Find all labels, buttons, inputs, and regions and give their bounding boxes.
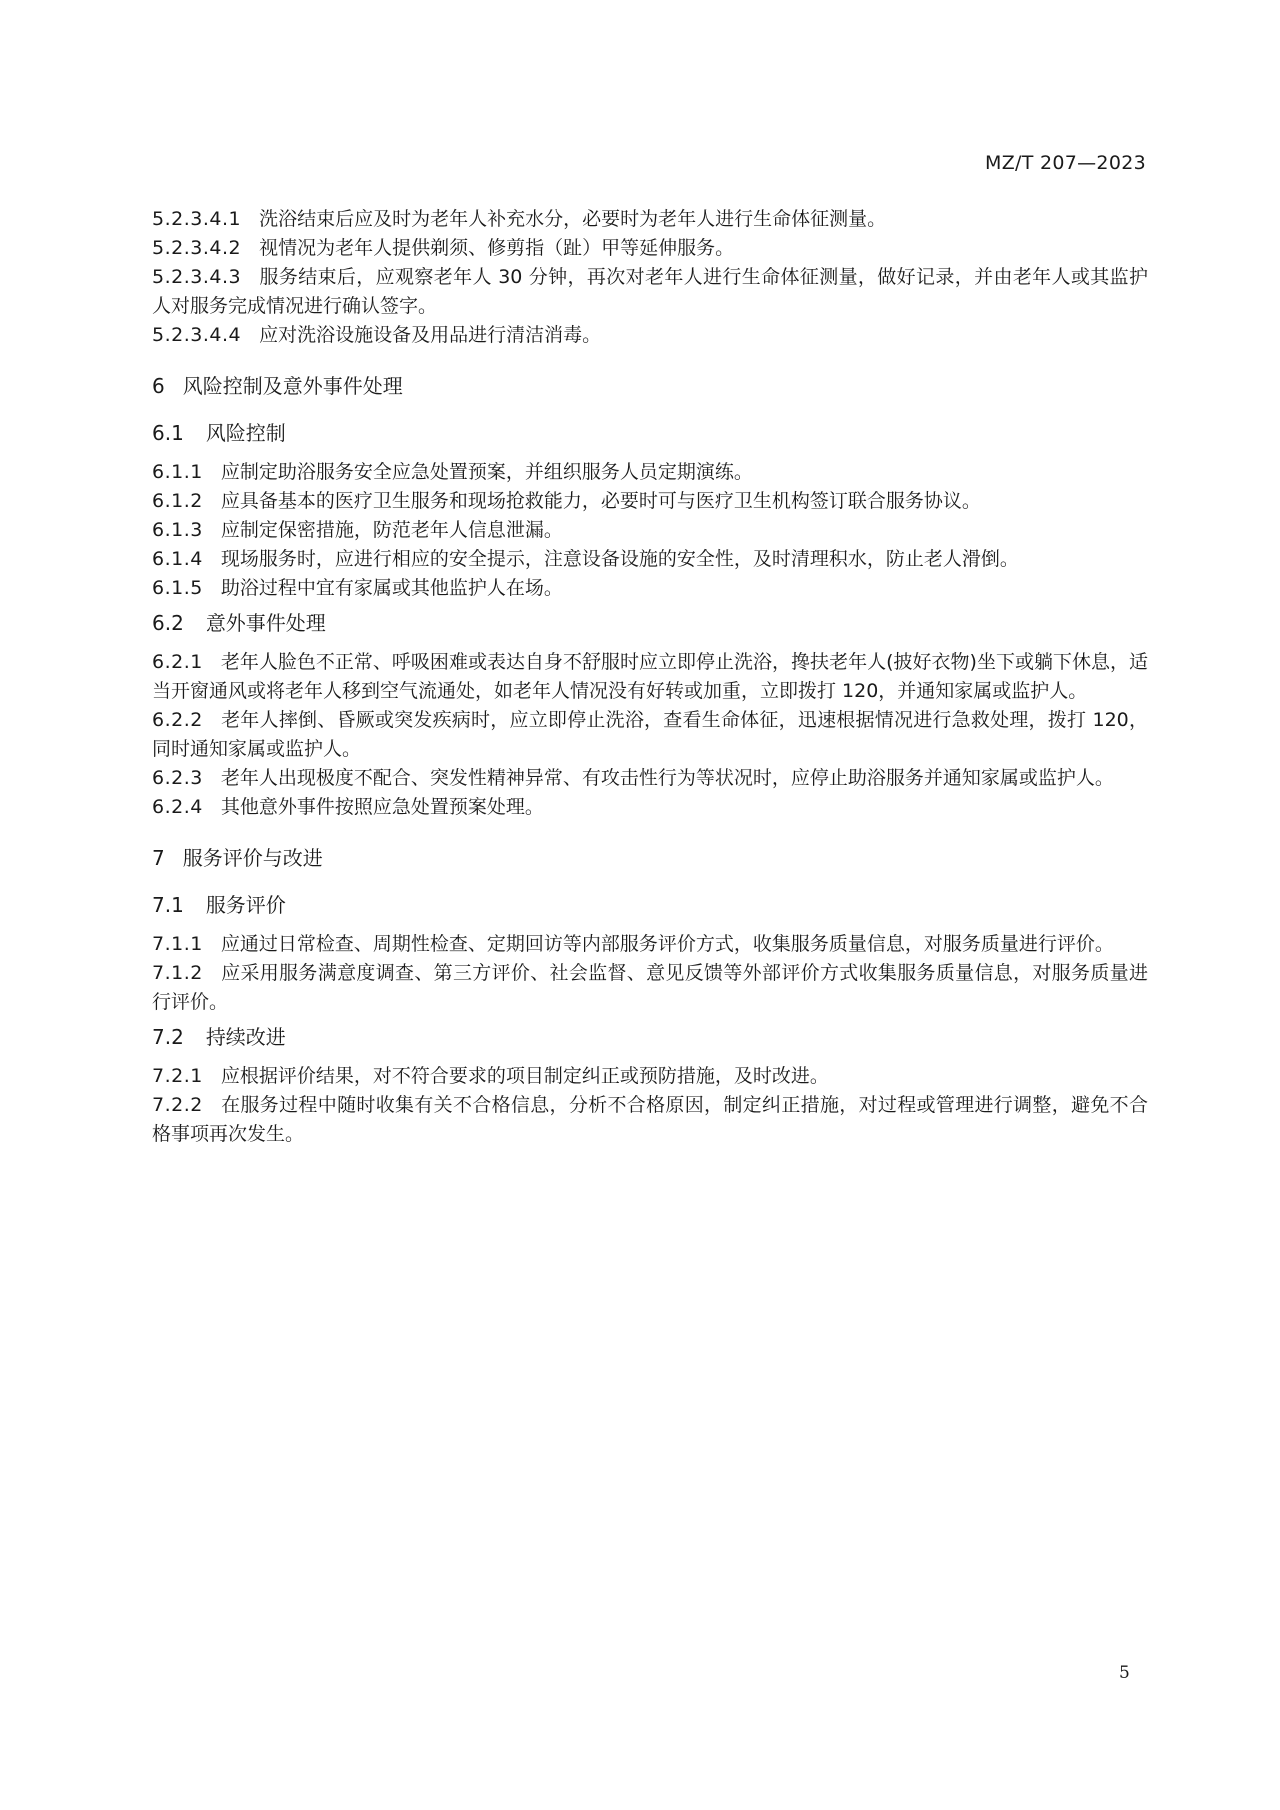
clause-text: 视情况为老年人提供剃须、修剪指（趾）甲等延伸服务。 — [259, 237, 734, 259]
clause-6-1-2: 6.1.2应具备基本的医疗卫生服务和现场抢救能力，必要时可与医疗卫生机构签订联合… — [152, 487, 1148, 516]
subsection-heading-6-2: 6.2意外事件处理 — [152, 609, 1148, 638]
clause-number: 6.1.4 — [152, 548, 203, 570]
clause-7-1-2: 7.1.2应采用服务满意度调查、第三方评价、社会监督、意见反馈等外部评价方式收集… — [152, 959, 1148, 1017]
clause-7-2-1: 7.2.1应根据评价结果，对不符合要求的项目制定纠正或预防措施，及时改进。 — [152, 1062, 1148, 1091]
subsection-heading-7-1: 7.1服务评价 — [152, 891, 1148, 920]
section-heading-7: 7服务评价与改进 — [152, 844, 1148, 873]
subsection-title: 服务评价 — [206, 893, 286, 917]
clause-number: 6.1.5 — [152, 577, 203, 599]
clause-6-1-1: 6.1.1应制定助浴服务安全应急处置预案，并组织服务人员定期演练。 — [152, 458, 1148, 487]
clause-6-2-3: 6.2.3老年人出现极度不配合、突发性精神异常、有攻击性行为等状况时，应停止助浴… — [152, 764, 1148, 793]
clause-text: 洗浴结束后应及时为老年人补充水分，必要时为老年人进行生命体征测量。 — [259, 208, 886, 230]
clause-5-2-3-4-1: 5.2.3.4.1洗浴结束后应及时为老年人补充水分，必要时为老年人进行生命体征测… — [152, 205, 1148, 234]
subsection-number: 6.1 — [152, 421, 184, 445]
clause-text: 其他意外事件按照应急处置预案处理。 — [221, 796, 544, 818]
section-title: 风险控制及意外事件处理 — [183, 374, 403, 398]
section-heading-6: 6风险控制及意外事件处理 — [152, 372, 1148, 401]
clause-number: 6.2.4 — [152, 796, 203, 818]
clause-6-2-1: 6.2.1老年人脸色不正常、呼吸困难或表达自身不舒服时应立即停止洗浴，搀扶老年人… — [152, 648, 1148, 706]
clause-5-2-3-4-2: 5.2.3.4.2视情况为老年人提供剃须、修剪指（趾）甲等延伸服务。 — [152, 234, 1148, 263]
clause-number: 5.2.3.4.2 — [152, 237, 241, 259]
clause-number: 7.2.1 — [152, 1065, 203, 1087]
clause-5-2-3-4-3: 5.2.3.4.3服务结束后，应观察老年人 30 分钟，再次对老年人进行生命体征… — [152, 263, 1148, 321]
clause-7-1-1: 7.1.1应通过日常检查、周期性检查、定期回访等内部服务评价方式，收集服务质量信… — [152, 930, 1148, 959]
clause-number: 6.1.3 — [152, 519, 203, 541]
clause-number: 7.2.2 — [152, 1094, 203, 1116]
clause-6-2-2: 6.2.2老年人摔倒、昏厥或突发疾病时，应立即停止洗浴，查看生命体征，迅速根据情… — [152, 706, 1148, 764]
clause-text: 应制定助浴服务安全应急处置预案，并组织服务人员定期演练。 — [221, 461, 753, 483]
clause-text: 在服务过程中随时收集有关不合格信息，分析不合格原因，制定纠正措施，对过程或管理进… — [152, 1094, 1148, 1145]
clause-number: 5.2.3.4.3 — [152, 266, 241, 288]
clause-number: 6.2.3 — [152, 767, 203, 789]
clause-number: 6.2.1 — [152, 651, 203, 673]
clause-number: 7.1.2 — [152, 962, 203, 984]
clause-text: 应具备基本的医疗卫生服务和现场抢救能力，必要时可与医疗卫生机构签订联合服务协议。 — [221, 490, 981, 512]
clause-number: 5.2.3.4.1 — [152, 208, 241, 230]
subsection-title: 意外事件处理 — [206, 611, 326, 635]
clause-number: 5.2.3.4.4 — [152, 324, 241, 346]
clause-number: 6.1.1 — [152, 461, 203, 483]
section-title: 服务评价与改进 — [183, 846, 323, 870]
subsection-number: 7.1 — [152, 893, 184, 917]
page-header: MZ/T 207—2023 — [985, 152, 1146, 174]
subsection-heading-6-1: 6.1风险控制 — [152, 419, 1148, 448]
subsection-number: 7.2 — [152, 1025, 184, 1049]
clause-6-1-3: 6.1.3应制定保密措施，防范老年人信息泄漏。 — [152, 516, 1148, 545]
clause-text: 老年人摔倒、昏厥或突发疾病时，应立即停止洗浴，查看生命体征，迅速根据情况进行急救… — [152, 709, 1148, 760]
clause-number: 6.2.2 — [152, 709, 203, 731]
section-number: 6 — [152, 374, 165, 398]
document-body: 5.2.3.4.1洗浴结束后应及时为老年人补充水分，必要时为老年人进行生命体征测… — [152, 205, 1148, 1149]
clause-text: 应制定保密措施，防范老年人信息泄漏。 — [221, 519, 563, 541]
clause-5-2-3-4-4: 5.2.3.4.4应对洗浴设施设备及用品进行清洁消毒。 — [152, 321, 1148, 350]
subsection-heading-7-2: 7.2持续改进 — [152, 1023, 1148, 1052]
clause-6-1-4: 6.1.4现场服务时，应进行相应的安全提示，注意设备设施的安全性，及时清理积水，… — [152, 545, 1148, 574]
clause-number: 6.1.2 — [152, 490, 203, 512]
clause-text: 应根据评价结果，对不符合要求的项目制定纠正或预防措施，及时改进。 — [221, 1065, 829, 1087]
clause-text: 老年人脸色不正常、呼吸困难或表达自身不舒服时应立即停止洗浴，搀扶老年人(披好衣物… — [152, 651, 1148, 702]
clause-text: 助浴过程中宜有家属或其他监护人在场。 — [221, 577, 563, 599]
section-number: 7 — [152, 846, 165, 870]
clause-6-1-5: 6.1.5助浴过程中宜有家属或其他监护人在场。 — [152, 574, 1148, 603]
subsection-title: 风险控制 — [206, 421, 286, 445]
clause-7-2-2: 7.2.2在服务过程中随时收集有关不合格信息，分析不合格原因，制定纠正措施，对过… — [152, 1091, 1148, 1149]
clause-6-2-4: 6.2.4其他意外事件按照应急处置预案处理。 — [152, 793, 1148, 822]
clause-text: 应通过日常检查、周期性检查、定期回访等内部服务评价方式，收集服务质量信息，对服务… — [221, 933, 1114, 955]
clause-text: 应对洗浴设施设备及用品进行清洁消毒。 — [259, 324, 601, 346]
subsection-number: 6.2 — [152, 611, 184, 635]
clause-text: 应采用服务满意度调查、第三方评价、社会监督、意见反馈等外部评价方式收集服务质量信… — [152, 962, 1148, 1013]
subsection-title: 持续改进 — [206, 1025, 286, 1049]
clause-text: 服务结束后，应观察老年人 30 分钟，再次对老年人进行生命体征测量，做好记录，并… — [152, 266, 1148, 317]
clause-text: 老年人出现极度不配合、突发性精神异常、有攻击性行为等状况时，应停止助浴服务并通知… — [221, 767, 1114, 789]
clause-number: 7.1.1 — [152, 933, 203, 955]
clause-text: 现场服务时，应进行相应的安全提示，注意设备设施的安全性，及时清理积水，防止老人滑… — [221, 548, 1019, 570]
page-number: 5 — [1119, 1663, 1130, 1683]
